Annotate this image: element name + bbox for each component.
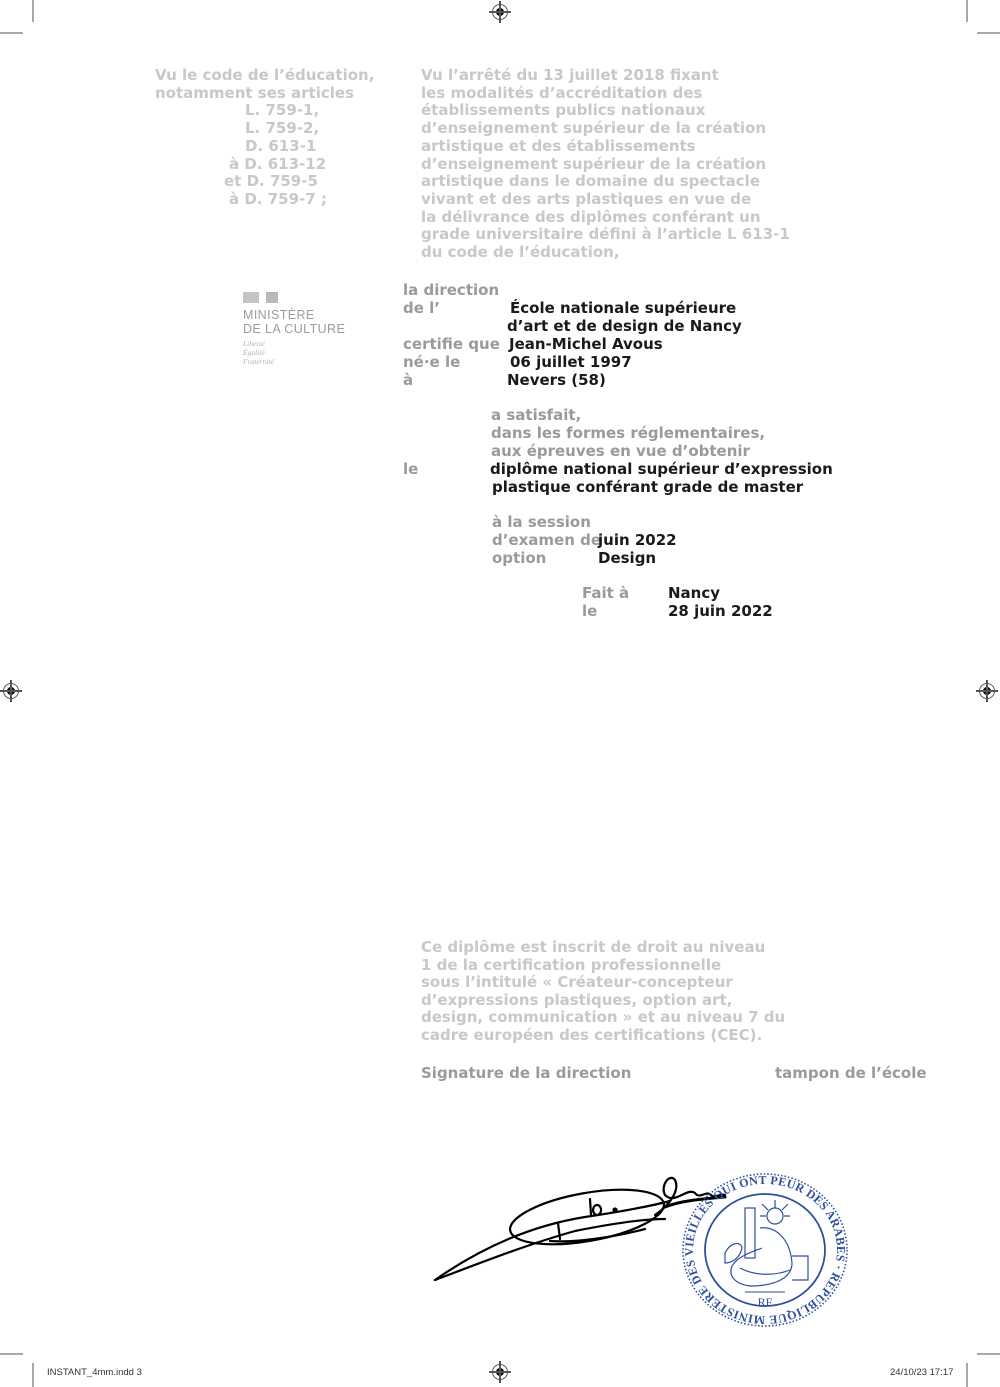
article-ref: D. 613-1 — [155, 138, 374, 156]
satisfied-line: dans les formes réglementaires, — [491, 424, 765, 442]
stamp-center-text: RF — [758, 1295, 773, 1309]
legal-text-line: Vu l’arrêté du 13 juillet 2018 fixant — [421, 67, 790, 85]
legal-basis-right: Vu l’arrêté du 13 juillet 2018 fixant le… — [421, 67, 790, 262]
birth-date: 06 juillet 1997 — [510, 353, 632, 371]
school-stamp-seal: MINISTERE DES VIEILLES QUI ONT PEUR DES … — [680, 1168, 850, 1328]
made-at-value: Nancy — [668, 584, 720, 602]
legal-text-line: Vu le code de l’éducation, — [155, 67, 374, 85]
note-line: cadre européen des certifications (CEC). — [421, 1027, 785, 1045]
label-date: le — [582, 602, 597, 620]
legal-text-line: artistique dans le domaine du spectacle — [421, 173, 790, 191]
article-ref: L. 759-2, — [155, 120, 374, 138]
motto-line: Fraternité — [243, 357, 345, 366]
article-ref: et D. 759-5 — [155, 173, 374, 191]
marianne-flag-icon — [243, 292, 278, 303]
registration-mark-icon — [979, 683, 995, 699]
legal-text-line: vivant et des arts plastiques en vue de — [421, 191, 790, 209]
note-line: design, communication » et au niveau 7 d… — [421, 1009, 785, 1027]
label-exam: d’examen de — [492, 531, 601, 549]
crop-mark — [0, 32, 23, 34]
print-timestamp: 24/10/23 17:17 — [890, 1367, 953, 1378]
label-certifie: certifie que — [403, 335, 500, 353]
satisfied-text: a satisfait, dans les formes réglementai… — [491, 406, 765, 460]
date-value: 28 juin 2022 — [668, 602, 773, 620]
legal-basis-left: Vu le code de l’éducation, notamment ses… — [155, 67, 374, 209]
label-option: option — [492, 549, 546, 567]
satisfied-line: a satisfait, — [491, 406, 765, 424]
diploma-title-line2: plastique conférant grade de master — [492, 478, 803, 496]
motto-line: Liberté — [243, 339, 345, 348]
crop-mark — [966, 1363, 968, 1387]
signature-label: Signature de la direction — [421, 1064, 631, 1082]
note-line: sous l’intitulé « Créateur-concepteur — [421, 974, 785, 992]
crop-mark — [977, 1353, 1000, 1355]
legal-text-line: les modalités d’accréditation des — [421, 85, 790, 103]
article-ref: à D. 759-7 ; — [155, 191, 374, 209]
legal-text-line: artistique et des établissements — [421, 138, 790, 156]
legal-text-line: grade universitaire défini à l’article L… — [421, 226, 790, 244]
registration-mark-icon — [492, 1364, 508, 1380]
school-name-line1: École nationale supérieure — [510, 299, 736, 317]
article-ref: L. 759-1, — [155, 102, 374, 120]
crop-mark — [977, 32, 1000, 34]
note-line: d’expressions plastiques, option art, — [421, 992, 785, 1010]
crop-mark — [0, 1353, 23, 1355]
label-made-at: Fait à — [582, 584, 629, 602]
label-direction: la direction — [403, 281, 499, 299]
label-de: de l’ — [403, 299, 440, 317]
note-line: Ce diplôme est inscrit de droit au nivea… — [421, 939, 785, 957]
note-line: 1 de la certification professionnelle — [421, 957, 785, 975]
ministry-name-line: DE LA CULTURE — [243, 322, 345, 336]
satisfied-line: aux épreuves en vue d’obtenir — [491, 442, 765, 460]
legal-text-line: notamment ses articles — [155, 85, 374, 103]
label-at: à — [403, 371, 413, 389]
legal-text-line: établissements publics nationaux — [421, 102, 790, 120]
option-value: Design — [598, 549, 656, 567]
legal-text-line: du code de l’éducation, — [421, 244, 790, 262]
diploma-title-line1: diplôme national supérieur d’expression — [490, 460, 833, 478]
legal-text-line: la délivrance des diplômes conférant un — [421, 209, 790, 227]
crop-mark — [32, 1363, 34, 1387]
legal-text-line: d’enseignement supérieur de la création — [421, 156, 790, 174]
registration-mark-icon — [492, 4, 508, 20]
motto-line: Égalité — [243, 348, 345, 357]
label-le: le — [403, 460, 418, 478]
birth-place: Nevers (58) — [507, 371, 606, 389]
school-name-line2: d’art et de design de Nancy — [507, 317, 742, 335]
crop-mark — [966, 0, 968, 22]
registration-mark-icon — [3, 683, 19, 699]
ministry-logo: MINISTÈRE DE LA CULTURE Liberté Égalité … — [243, 292, 345, 366]
article-ref: à D. 613-12 — [155, 156, 374, 174]
stamp-label: tampon de l’école — [775, 1064, 927, 1082]
legal-text-line: d’enseignement supérieur de la création — [421, 120, 790, 138]
session-value: juin 2022 — [598, 531, 677, 549]
label-session: à la session — [492, 513, 591, 531]
label-born: né·e le — [403, 353, 460, 371]
crop-mark — [32, 0, 34, 22]
holder-name: Jean-Michel Avous — [509, 335, 663, 353]
print-file-info: INSTANT_4mm.indd 3 — [47, 1367, 142, 1378]
ministry-name-line: MINISTÈRE — [243, 308, 345, 322]
certification-note: Ce diplôme est inscrit de droit au nivea… — [421, 939, 785, 1045]
